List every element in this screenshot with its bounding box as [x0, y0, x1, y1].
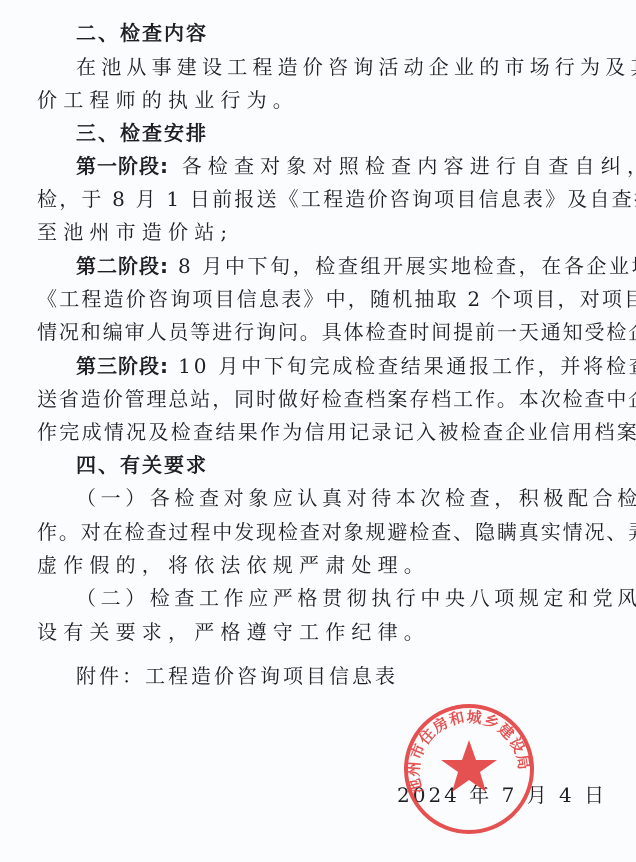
section-heading-inspection-content: 二、检查内容 [76, 19, 582, 47]
paragraph-line: 《工程造价咨询项目信息表》中，随机抽取 2 个项目，对项目开展 [37, 285, 582, 313]
paragraph-line: （一）各检查对象应认真对待本次检查，积极配合检查组工 [76, 484, 582, 512]
stage3-label: 第三阶段: [76, 354, 169, 378]
stage3-text: 10 月中下旬完成检查结果通报工作，并将检查结果报 [178, 354, 636, 378]
paragraph-line: 在池从事建设工程造价咨询活动企业的市场行为及其注册造 [76, 53, 582, 81]
paragraph-line: 作。对在检查过程中发现检查对象规避检查、隐瞒真实情况、弄 [37, 518, 582, 546]
paragraph-line: （二）检查工作应严格贯彻执行中央八项规定和党风廉政建 [76, 584, 582, 612]
stage1-text: 各检查对象对照检查内容进行自查自纠，准备迎 [182, 154, 636, 178]
stage2-label: 第二阶段: [76, 254, 169, 278]
paragraph-line: 至池州市造价站; [37, 218, 582, 246]
paragraph-line: 送省造价管理总站，同时做好检查档案存档工作。本次检查中企业工 [37, 385, 582, 413]
attachment-note: 附件：工程造价咨询项目信息表 [76, 662, 582, 690]
stage3-line: 第三阶段: 10 月中下旬完成检查结果通报工作，并将检查结果报 [76, 352, 582, 380]
section-heading-requirements: 四、有关要求 [76, 451, 582, 479]
document-page: 二、检查内容 在池从事建设工程造价咨询活动企业的市场行为及其注册造 价工程师的执… [0, 0, 636, 862]
paragraph-line: 虚作假的，将依法依规严肃处理。 [37, 551, 582, 579]
paragraph-line: 情况和编审人员等进行询问。具体检查时间提前一天通知受检企业; [37, 318, 582, 346]
stage2-text: 8 月中下旬，检查组开展实地检查，在各企业填报的 [178, 254, 636, 278]
official-seal: 池州市住房和城乡建设局 [402, 702, 536, 836]
paragraph-line: 设有关要求，严格遵守工作纪律。 [37, 618, 582, 646]
paragraph-line: 价工程师的执业行为。 [37, 86, 582, 114]
star-icon [441, 740, 497, 792]
stage1-line: 第一阶段: 各检查对象对照检查内容进行自查自纠，准备迎 [76, 152, 582, 180]
stage1-label: 第一阶段: [76, 154, 169, 178]
paragraph-line: 检，于 8 月 1 日前报送《工程造价咨询项目信息表》及自查报告 [37, 185, 582, 213]
stage2-line: 第二阶段: 8 月中下旬，检查组开展实地检查，在各企业填报的 [76, 252, 582, 280]
paragraph-line: 作完成情况及检查结果作为信用记录记入被检查企业信用档案。 [37, 418, 582, 446]
section-heading-inspection-schedule: 三、检查安排 [76, 119, 582, 147]
